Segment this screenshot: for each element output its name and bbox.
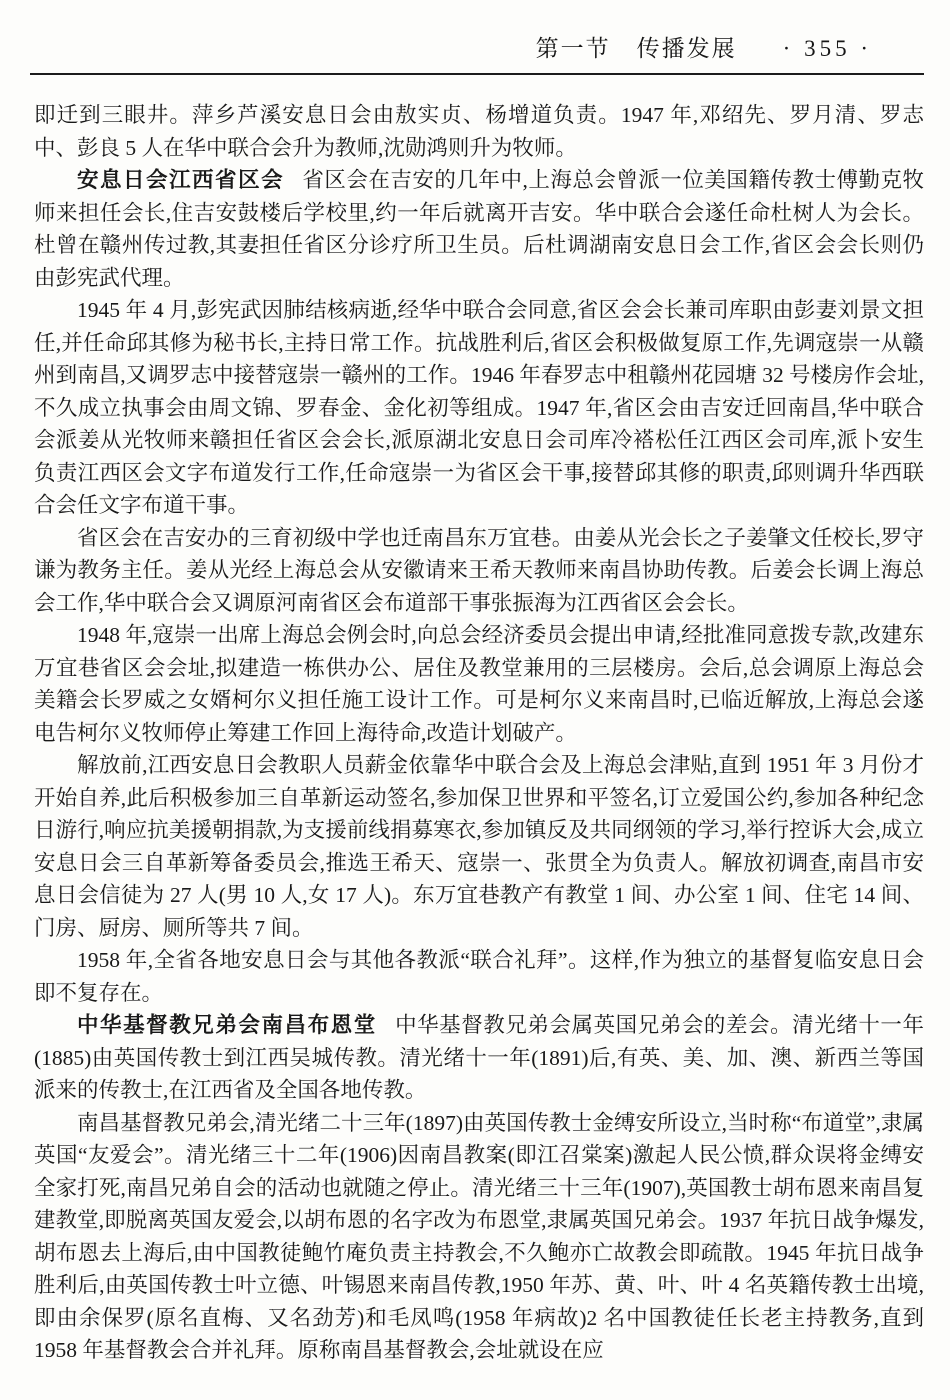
paragraph: 安息日会江西省区会省区会在吉安的几年中,上海总会曾派一位美国籍传教士傅勤克牧师来…	[34, 164, 924, 294]
paragraph: 1945 年 4 月,彭宪武因肺结核病逝,经华中联合会同意,省区会会长兼司库职由…	[34, 294, 924, 522]
paragraph: 即迁到三眼井。萍乡芦溪安息日会由敖实贞、杨增道负责。1947 年,邓绍先、罗月清…	[34, 99, 924, 164]
paragraph-text: 1948 年,寇崇一出席上海总会例会时,向总会经济委员会提出申请,经批准同意拨专…	[34, 623, 924, 745]
section-title: 传播发展	[637, 30, 737, 63]
paragraph-text: 南昌基督教兄弟会,清光绪二十三年(1897)由英国传教士金缚安所设立,当时称“布…	[34, 1111, 924, 1363]
page-number: · 355 ·	[783, 36, 872, 62]
page-body: 即迁到三眼井。萍乡芦溪安息日会由敖实贞、杨增道负责。1947 年,邓绍先、罗月清…	[0, 75, 950, 1367]
paragraph-heading: 中华基督教兄弟会南昌布恩堂	[77, 1013, 377, 1037]
section-number: 第一节	[536, 30, 611, 63]
paragraph: 省区会在吉安办的三育初级中学也迁南昌东万宜巷。由姜从光会长之子姜肇文任校长,罗守…	[34, 522, 924, 620]
paragraph-text: 即迁到三眼井。萍乡芦溪安息日会由敖实贞、杨增道负责。1947 年,邓绍先、罗月清…	[34, 103, 924, 160]
paragraph: 1948 年,寇崇一出席上海总会例会时,向总会经济委员会提出申请,经批准同意拨专…	[34, 619, 924, 749]
book-page: 第一节 传播发展 · 355 · 即迁到三眼井。萍乡芦溪安息日会由敖实贞、杨增道…	[0, 0, 950, 1400]
paragraph: 中华基督教兄弟会南昌布恩堂中华基督教兄弟会属英国兄弟会的差会。清光绪十一年(18…	[34, 1009, 924, 1107]
paragraph-heading: 安息日会江西省区会	[77, 168, 284, 192]
paragraph-text: 1945 年 4 月,彭宪武因肺结核病逝,经华中联合会同意,省区会会长兼司库职由…	[34, 298, 924, 517]
paragraph-text: 1958 年,全省各地安息日会与其他各教派“联合礼拜”。这样,作为独立的基督复临…	[34, 948, 924, 1005]
paragraph: 解放前,江西安息日会教职人员薪金依靠华中联合会及上海总会津贴,直到 1951 年…	[34, 749, 924, 944]
paragraph: 南昌基督教兄弟会,清光绪二十三年(1897)由英国传教士金缚安所设立,当时称“布…	[34, 1107, 924, 1367]
paragraph-text: 省区会在吉安办的三育初级中学也迁南昌东万宜巷。由姜从光会长之子姜肇文任校长,罗守…	[34, 526, 924, 615]
paragraph-text: 解放前,江西安息日会教职人员薪金依靠华中联合会及上海总会津贴,直到 1951 年…	[34, 753, 924, 940]
paragraph: 1958 年,全省各地安息日会与其他各教派“联合礼拜”。这样,作为独立的基督复临…	[34, 944, 924, 1009]
page-header: 第一节 传播发展 · 355 ·	[30, 0, 924, 75]
